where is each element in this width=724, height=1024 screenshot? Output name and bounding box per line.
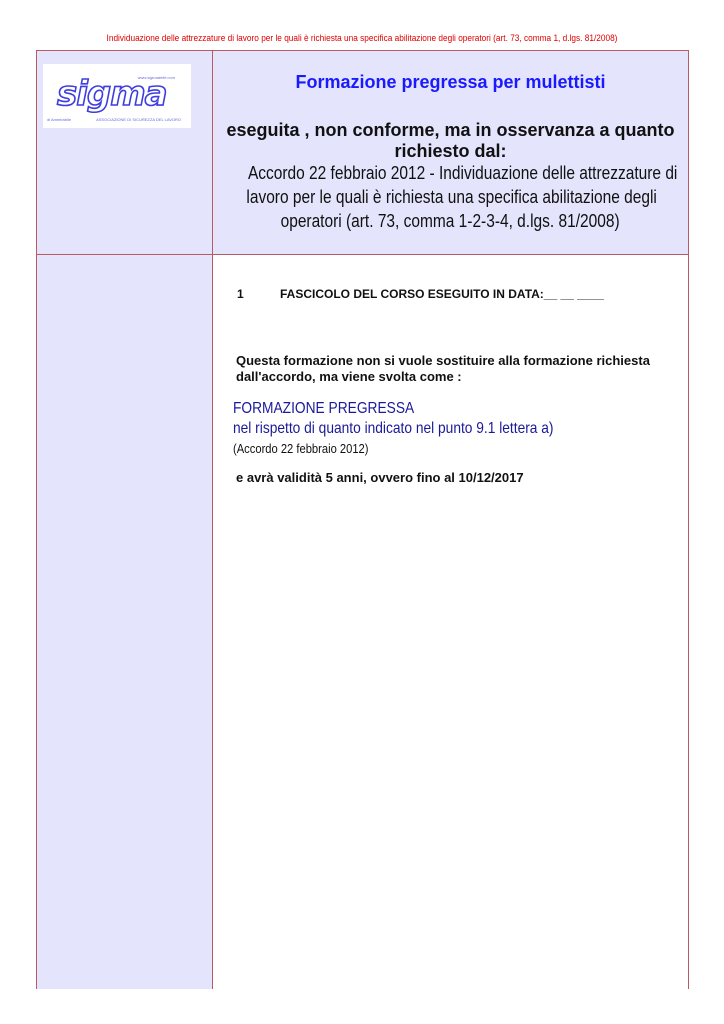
course-date-line: 1FASCICOLO DEL CORSO ESEGUITO IN DATA:__… — [237, 287, 604, 301]
body-cell: 1FASCICOLO DEL CORSO ESEGUITO IN DATA:__… — [212, 254, 689, 989]
document-title: Formazione pregressa per mulettisti — [213, 72, 688, 93]
intro-paragraph: Questa formazione non si vuole sostituir… — [236, 353, 676, 385]
formazione-pregressa-title: FORMAZIONE PREGRESSA — [233, 400, 414, 418]
document-subtitle: eseguita , non conforme, ma in osservanz… — [213, 120, 688, 162]
reference-line: lavoro per le quali è richiesta una spec… — [246, 185, 656, 209]
validity-statement: e avrà validità 5 anni, ovvero fino al 1… — [236, 470, 524, 485]
logo-wordmark: sigma — [57, 77, 167, 111]
page-header-note: Individuazione delle attrezzature di lav… — [29, 33, 695, 43]
document-table: www.sigmadelle.com sigma di Ammirabile A… — [36, 50, 688, 988]
item-number: 1 — [237, 287, 280, 301]
formazione-pregressa-detail: nel rispetto di quanto indicato nel punt… — [233, 420, 554, 438]
reference-line: operatori (art. 73, comma 1-2-3-4, d.lgs… — [281, 209, 620, 233]
reference-line: Accordo 22 febbraio 2012 - Individuazion… — [248, 161, 677, 185]
sigma-logo-icon: www.sigmadelle.com sigma di Ammirabile A… — [43, 64, 191, 128]
logo-subtitle-left: di Ammirabile — [47, 117, 71, 122]
formazione-pregressa-reference: (Accordo 22 febbraio 2012) — [233, 441, 368, 456]
item-text: FASCICOLO DEL CORSO ESEGUITO IN DATA:__ … — [280, 287, 604, 301]
logo-cell: www.sigmadelle.com sigma di Ammirabile A… — [36, 50, 213, 255]
title-cell: Formazione pregressa per mulettisti eseg… — [212, 50, 689, 255]
logo-subtitle-right: ASSOCIAZIONE DI SICUREZZA DEL LAVORO — [96, 117, 181, 122]
side-cell — [36, 254, 213, 989]
reference-text: Accordo 22 febbraio 2012 - Individuazion… — [213, 161, 688, 233]
